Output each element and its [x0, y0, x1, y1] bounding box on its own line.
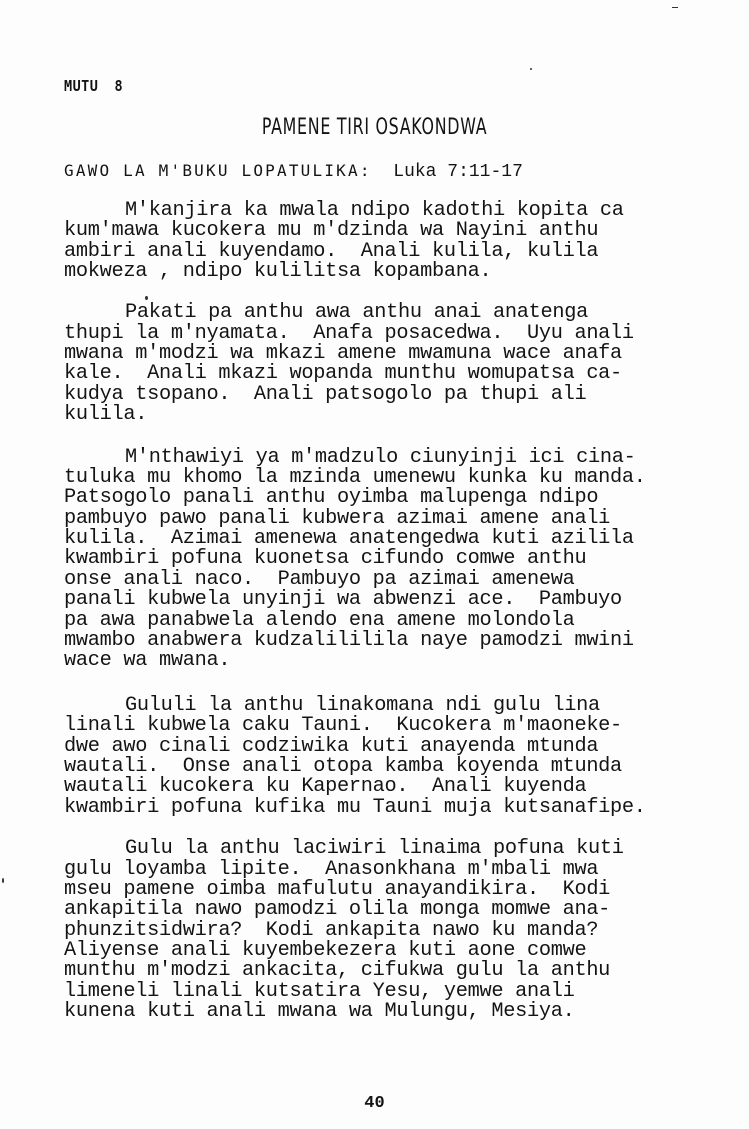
text-line: Aliyense anali kuyembekezera kuti aone c…	[64, 941, 744, 961]
scan-speck	[530, 68, 532, 70]
text-line: kulila.	[64, 405, 744, 425]
text-line: limeneli linali kutsatira Yesu, yemwe an…	[64, 982, 744, 1002]
text-line: M'kanjira ka mwala ndipo kadothi kopita …	[64, 201, 744, 221]
chapter-label: MUTU	[64, 77, 98, 95]
text-line: kwambiri pofuna kuonetsa cifundo comwe a…	[64, 549, 744, 569]
text-line: mwana m'modzi wa mkazi amene mwamuna wac…	[64, 344, 744, 364]
page-title-text: PAMENE TIRI OSAKONDWA	[262, 115, 487, 140]
text-line: kum'mawa kucokera mu m'dzinda wa Nayini …	[64, 221, 744, 241]
reading-label: GAWO LA M'BUKU LOPATULIKA:	[64, 161, 372, 180]
text-line: wautali. Onse anali otopa kamba koyenda …	[64, 757, 744, 777]
paragraph: Gululi la anthu linakomana ndi gulu lina…	[64, 696, 744, 818]
page-title: PAMENE TIRI OSAKONDWA	[0, 115, 749, 140]
text-line: tuluka mu khomo la mzinda umenewu kunka …	[64, 468, 744, 488]
text-line: Pakati pa anthu awa anthu anai anatenga	[64, 303, 744, 323]
text-line: kale. Anali mkazi wopanda munthu womupat…	[64, 364, 744, 384]
chapter-number: 8	[115, 77, 124, 95]
text-line: pa awa panabwela alendo ena amene molond…	[64, 611, 744, 631]
reading-reference: Luka 7:11-17	[393, 162, 523, 182]
text-line: panali kubwela unyinji wa abwenzi ace. P…	[64, 590, 744, 610]
document-page: MUTU8 PAMENE TIRI OSAKONDWA GAWO LA M'BU…	[0, 0, 749, 1129]
text-line: Gulu la anthu laciwiri linaima pofuna ku…	[64, 839, 744, 859]
chapter-heading: MUTU8	[64, 77, 123, 95]
paragraph: M'nthawiyi ya m'madzulo ciunyinji ici ci…	[64, 448, 744, 672]
text-line: munthu m'modzi ankacita, cifukwa gulu la…	[64, 961, 744, 981]
text-line: phunzitsidwira? Kodi ankapita nawo ku ma…	[64, 921, 744, 941]
text-line: ankapitila nawo pamodzi olila monga momw…	[64, 900, 744, 920]
text-line: mseu pamene oimba mafulutu anayandikira.…	[64, 880, 744, 900]
page-number: 40	[0, 1094, 749, 1113]
body-text: M'kanjira ka mwala ndipo kadothi kopita …	[64, 201, 744, 1043]
text-line: thupi la m'nyamata. Anafa posacedwa. Uyu…	[64, 324, 744, 344]
text-line: kwambiri pofuna kufika mu Tauni muja kut…	[64, 798, 744, 818]
text-line: dwe awo cinali codziwika kuti anayenda m…	[64, 737, 744, 757]
text-line: wace wa mwana.	[64, 651, 744, 671]
paragraph: Pakati pa anthu awa anthu anai anatenga …	[64, 303, 744, 425]
text-line: onse anali naco. Pambuyo pa azimai amene…	[64, 570, 744, 590]
text-line: M'nthawiyi ya m'madzulo ciunyinji ici ci…	[64, 448, 744, 468]
scan-speck	[145, 296, 148, 300]
text-line: Patsogolo panali anthu oyimba malupenga …	[64, 488, 744, 508]
text-line: ambiri anali kuyendamo. Anali kulila, ku…	[64, 242, 744, 262]
text-line: Gululi la anthu linakomana ndi gulu lina	[64, 696, 744, 716]
paragraph: M'kanjira ka mwala ndipo kadothi kopita …	[64, 201, 744, 283]
scripture-reading: GAWO LA M'BUKU LOPATULIKA: Luka 7:11-17	[64, 161, 523, 182]
text-line: linali kubwela caku Tauni. Kucokera m'ma…	[64, 716, 744, 736]
text-line: mokweza , ndipo kulilitsa kopambana.	[64, 262, 744, 282]
paragraph: Gulu la anthu laciwiri linaima pofuna ku…	[64, 839, 744, 1023]
text-line: kudya tsopano. Anali patsogolo pa thupi …	[64, 385, 744, 405]
text-line: wautali kucokera ku Kapernao. Anali kuye…	[64, 777, 744, 797]
text-line: mwambo anabwera kudzalililila naye pamod…	[64, 631, 744, 651]
scan-speck	[672, 7, 678, 8]
text-line: kulila. Azimai amenewa anatengedwa kuti …	[64, 529, 744, 549]
text-line: pambuyo pawo panali kubwera azimai amene…	[64, 509, 744, 529]
scan-speck	[2, 878, 4, 883]
text-line: gulu loyamba lipite. Anasonkhana m'mbali…	[64, 860, 744, 880]
text-line: kunena kuti anali mwana wa Mulungu, Mesi…	[64, 1002, 744, 1022]
